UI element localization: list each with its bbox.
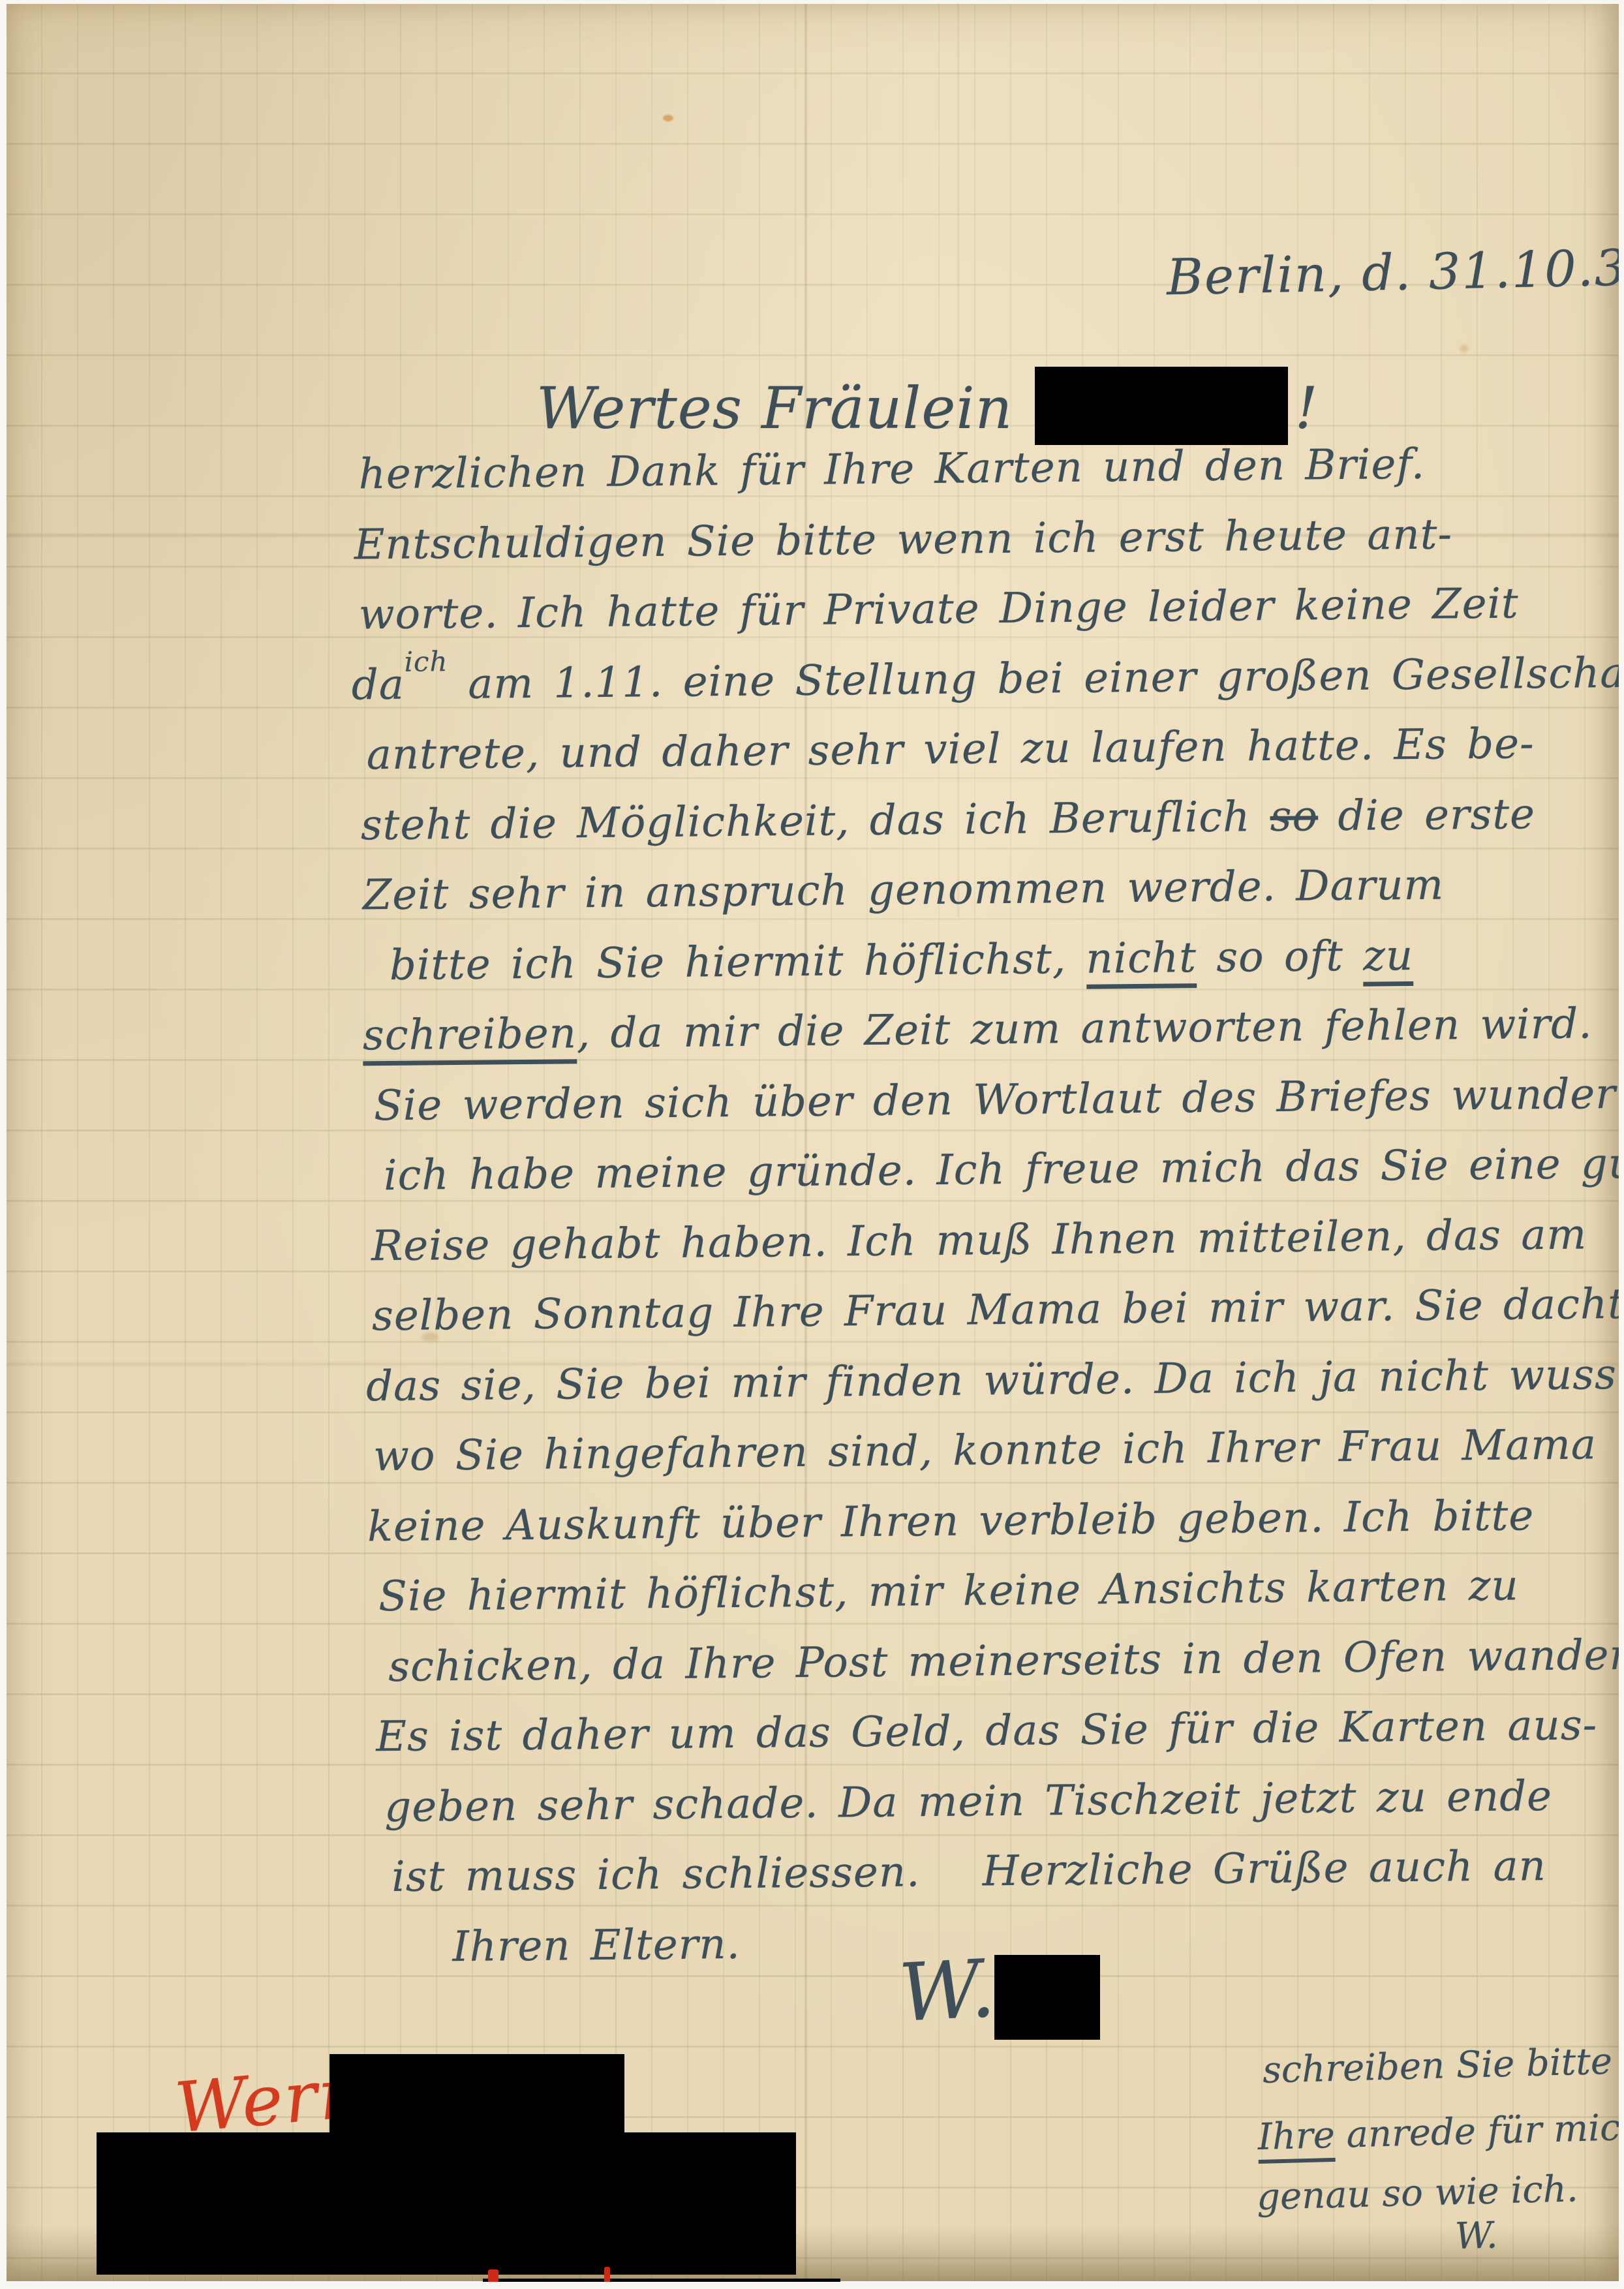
letter-body: herzlichen Dank für Ihre Karten und den … <box>0 0 1624 2289</box>
redaction-box-signature-name <box>994 1955 1100 2040</box>
text-segment: anrede für mich <box>1334 2106 1624 2157</box>
letter-line: worte. Ich hatte für Private Dinge leide… <box>358 579 1519 639</box>
letter-line: Sie werden sich über den Wortlaut des Br… <box>374 1069 1624 1130</box>
redaction-box-name-2 <box>97 2132 796 2275</box>
red-ink-remnant <box>488 2269 498 2282</box>
letter-line: ich habe meine gründe. Ich freue mich da… <box>384 1139 1624 1200</box>
text-segment: worte. Ich hatte für Private Dinge leide… <box>358 579 1519 639</box>
text-segment: Entschuldigen Sie bitte wenn ich erst he… <box>354 510 1452 569</box>
text-segment: genau so wie ich. <box>1256 2168 1578 2219</box>
letter-line: schreiben, da mir die Zeit zum antworten… <box>363 1000 1593 1060</box>
letter-line: Zeit sehr in anspruch genommen werde. Da… <box>363 861 1445 919</box>
letter-line: Ihren Eltern. <box>452 1920 741 1971</box>
text-segment: Ihren Eltern. <box>452 1920 741 1971</box>
text-segment: herzlichen Dank für Ihre Karten und den … <box>358 440 1425 499</box>
text-segment: antrete, und daher sehr viel zu laufen h… <box>366 720 1535 779</box>
text-segment: Zeit sehr in anspruch genommen werde. Da… <box>363 861 1445 919</box>
underlined-word: Ihre <box>1257 2114 1336 2164</box>
red-ink-remnant <box>604 2267 610 2282</box>
letter-line: keine Auskunft über Ihren verbleib geben… <box>367 1492 1535 1551</box>
letter-line: daich am 1.11. eine Stellung bei einer g… <box>351 649 1624 709</box>
text-segment: das sie, Sie bei mir finden würde. Da ic… <box>366 1350 1624 1411</box>
letter-line: steht die Möglichkeit, das ich Beruflich… <box>361 790 1536 850</box>
text-segment: ist muss ich schliessen. Herzliche Grüße… <box>391 1842 1546 1901</box>
scan-background-edge <box>0 0 7 2289</box>
letter-line: wo Sie hingefahren sind, konnte ich Ihre… <box>373 1421 1597 1481</box>
text-segment: am 1.11. eine Stellung bei einer großen … <box>448 649 1624 709</box>
text-segment: , da mir die Zeit zum antworten fehlen w… <box>576 1000 1592 1058</box>
letter-line: herzlichen Dank für Ihre Karten und den … <box>358 440 1425 499</box>
letter-line: schicken, da Ihre Post meinerseits in de… <box>388 1631 1624 1691</box>
letter-line: bitte ich Sie hiermit höflichst, nicht s… <box>390 931 1414 989</box>
signature-initial: W. <box>896 1942 1000 2040</box>
letter-scan: Berlin, d. 31.10.39. Wertes Fräulein ! h… <box>0 0 1624 2289</box>
scan-background-edge <box>0 0 1624 4</box>
text-segment: Es ist daher um das Geld, das Sie für di… <box>376 1701 1598 1761</box>
text-segment: selben Sonntag Ihre Frau Mama bei mir wa… <box>372 1280 1624 1340</box>
text-segment: geben sehr schade. Da mein Tischzeit jet… <box>384 1772 1552 1831</box>
text-segment: Sie hiermit höflichst, mir keine Ansicht… <box>378 1561 1519 1621</box>
underlined-word: nicht <box>1086 934 1197 989</box>
scan-background-edge <box>1619 0 1624 2289</box>
text-segment: W. <box>1454 2214 1498 2258</box>
underlined-word: schreiben <box>363 1009 577 1066</box>
text-segment: schicken, da Ihre Post meinerseits in de… <box>388 1631 1624 1691</box>
letter-line: Reise gehabt haben. Ich muß Ihnen mittei… <box>371 1210 1587 1270</box>
letter-line: geben sehr schade. Da mein Tischzeit jet… <box>384 1772 1552 1831</box>
postscript-line: W. <box>1454 2214 1498 2258</box>
text-segment: bitte ich Sie hiermit höflichst, <box>390 934 1086 989</box>
underlined-word: zu <box>1363 931 1414 986</box>
text-segment: Sie werden sich über den Wortlaut des Br… <box>374 1069 1624 1130</box>
text-segment: steht die Möglichkeit, das ich Beruflich <box>361 793 1271 850</box>
text-segment: so oft <box>1197 932 1364 981</box>
letter-line: das sie, Sie bei mir finden würde. Da ic… <box>366 1350 1624 1411</box>
letter-line: ist muss ich schliessen. Herzliche Grüße… <box>391 1842 1546 1901</box>
letter-line: Es ist daher um das Geld, das Sie für di… <box>376 1701 1598 1761</box>
scan-background-edge <box>0 2282 1624 2289</box>
struck-word: so <box>1270 792 1318 841</box>
letter-line: Entschuldigen Sie bitte wenn ich erst he… <box>354 510 1452 569</box>
text-segment: da <box>351 660 405 709</box>
text-segment: keine Auskunft über Ihren verbleib geben… <box>367 1492 1535 1551</box>
letter-line: selben Sonntag Ihre Frau Mama bei mir wa… <box>372 1280 1624 1340</box>
postscript-line: genau so wie ich. <box>1256 2168 1578 2219</box>
text-segment: wo Sie hingefahren sind, konnte ich Ihre… <box>373 1421 1597 1481</box>
text-segment: Reise gehabt haben. Ich muß Ihnen mittei… <box>371 1210 1587 1270</box>
letter-line: Sie hiermit höflichst, mir keine Ansicht… <box>378 1561 1519 1621</box>
letter-line: antrete, und daher sehr viel zu laufen h… <box>366 720 1535 779</box>
text-segment: die erste <box>1318 790 1536 840</box>
text-segment: ich habe meine gründe. Ich freue mich da… <box>384 1139 1624 1200</box>
inserted-word: ich <box>404 645 448 678</box>
redaction-box-name-1 <box>329 2054 624 2135</box>
